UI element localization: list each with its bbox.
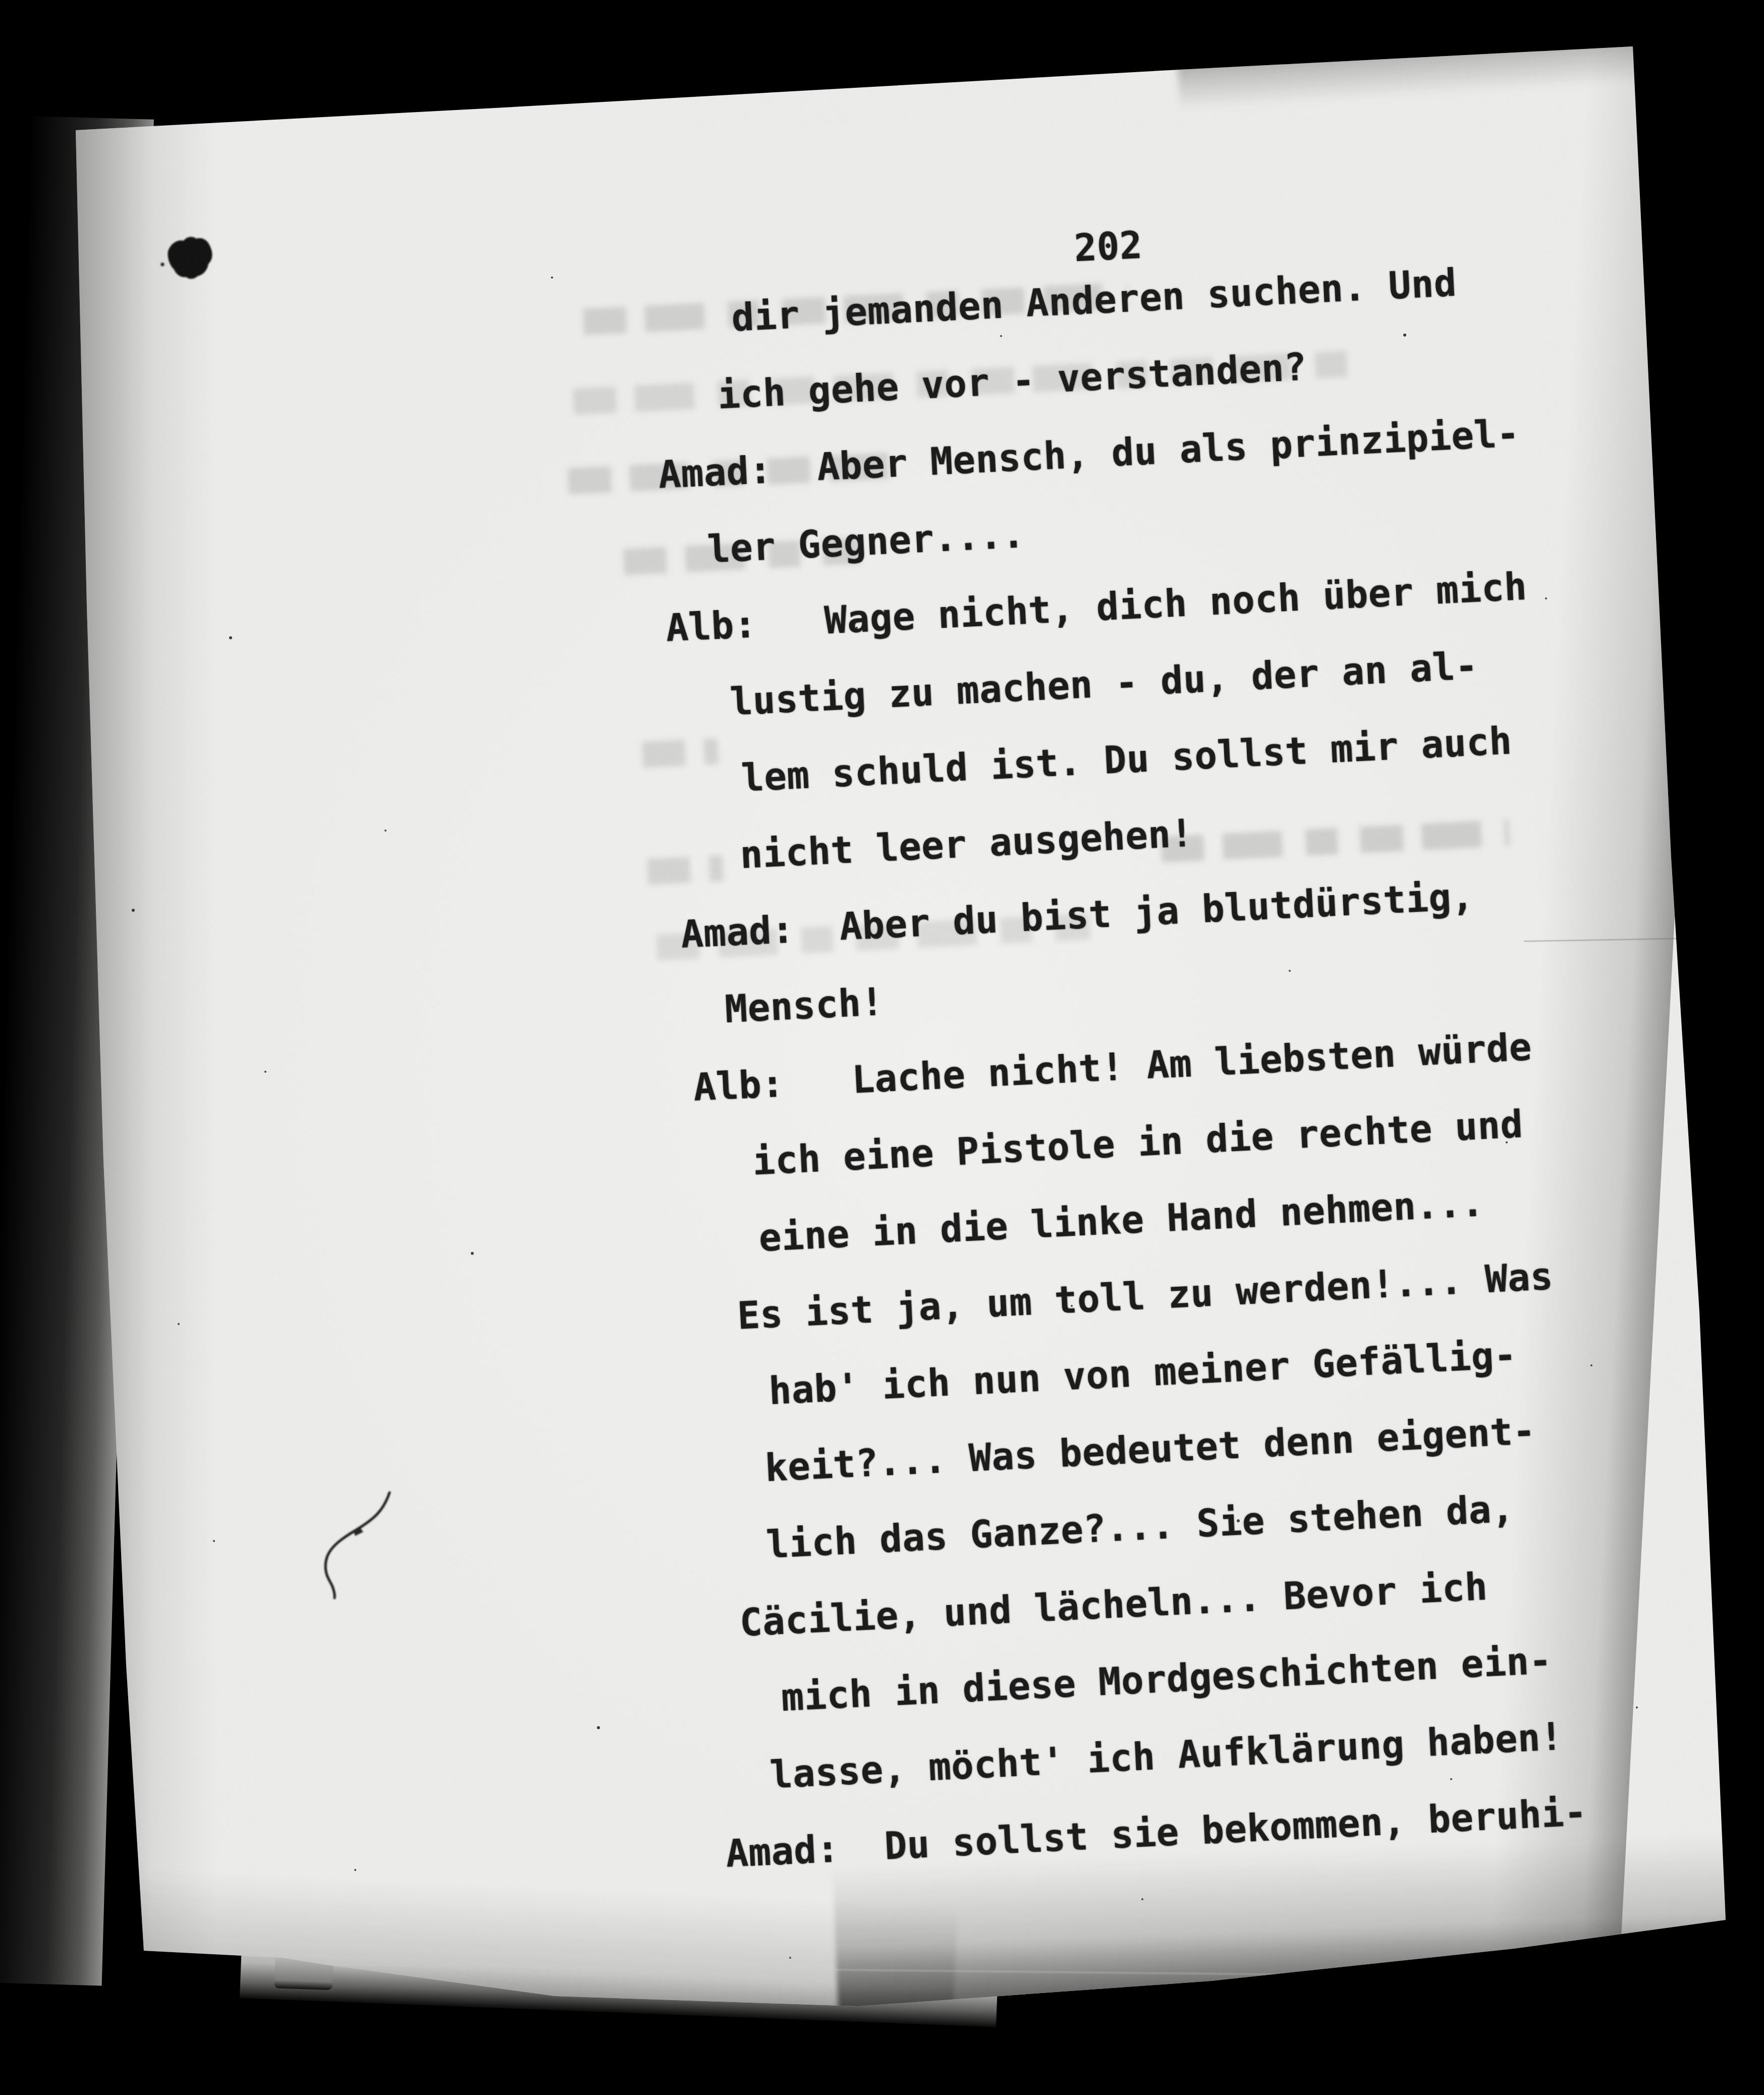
scanned-page-photo: 202 dir jemanden Anderen suchen. Und ich… [0,0,1764,2095]
paper-grain [0,0,1764,2095]
dust-specks [0,0,2,2]
document-page: 202 dir jemanden Anderen suchen. Und ich… [0,0,1764,2095]
